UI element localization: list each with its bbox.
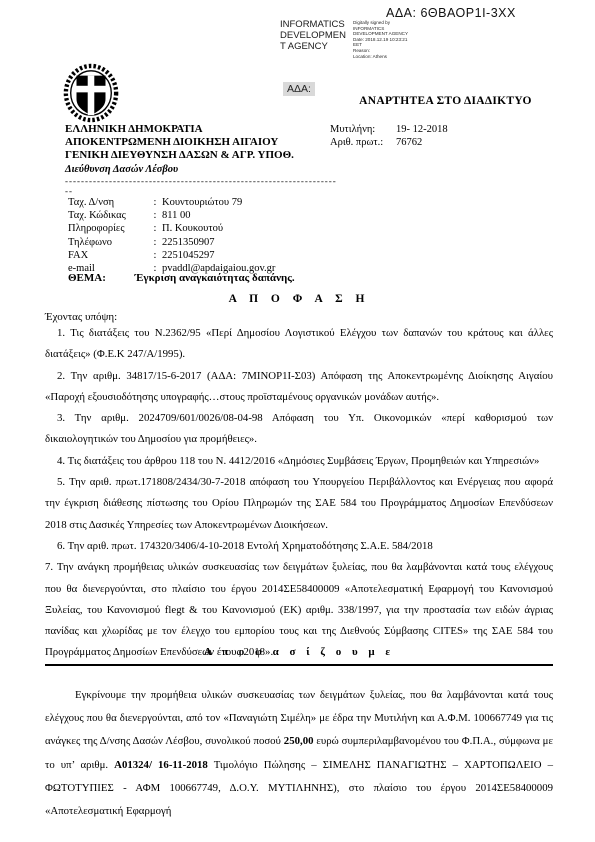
colon: : <box>150 249 160 262</box>
decision-heading: Α Π Ο Φ Α Σ Η <box>45 293 553 305</box>
contact-row-phone: Τηλέφωνο : 2251350907 <box>68 236 275 249</box>
contact-label: Τηλέφωνο <box>68 236 150 249</box>
decision-item-4: 4. Τις διατάξεις του άρθρου 118 του Ν. 4… <box>45 451 553 472</box>
signature-details: Digitally signed by INFORMATICS DEVELOPM… <box>353 19 408 59</box>
org-line-republic: ΕΛΛΗΝΙΚΗ ΔΗΜΟΚΡΑΤΙΑ <box>65 123 340 136</box>
contact-value: 2251350907 <box>160 236 215 249</box>
having-regard-label: Έχοντας υπόψη: <box>45 311 117 323</box>
separator-dashes: ----------------------------------------… <box>65 176 340 186</box>
colon: : <box>150 196 160 209</box>
closing-amount: 250,00 <box>284 735 314 747</box>
protocol-value: 76762 <box>392 136 422 149</box>
horizontal-rule <box>45 664 553 666</box>
contact-label: Πληροφορίες <box>68 222 150 235</box>
separator-dashes-2: -- <box>65 186 340 196</box>
place-label: Μυτιλήνη: <box>330 123 392 136</box>
contact-row-address: Ταχ. Δ/νση : Κουντουριώτου 79 <box>68 196 275 209</box>
decision-item-2: 2. Την αριθμ. 34817/15-6-2017 (ΑΔΑ: 7ΜΙΝ… <box>45 366 553 409</box>
subject-line: ΘΕΜΑ: Έγκριση αναγκαιότητας δαπάνης. <box>68 272 548 284</box>
decision-item-5: 5. Την αριθ. πρωτ.171808/2434/30-7-2018 … <box>45 472 553 536</box>
contact-value: Π. Κουκουτού <box>160 222 223 235</box>
contact-label: Ταχ. Κώδικας <box>68 209 150 222</box>
decide-heading: Α π ο φ α σ ί ζ ο υ μ ε <box>45 646 553 658</box>
contact-value: Κουντουριώτου 79 <box>160 196 242 209</box>
document-page: ΑΔΑ: 6ΘΒΑΟΡ1Ι-3ΧΧ INFORMATICS DEVELOPMEN… <box>0 0 595 842</box>
contact-row-postcode: Ταχ. Κώδικας : 811 00 <box>68 209 275 222</box>
date-protocol-block: Μυτιλήνη: 19- 12-2018 Αριθ. πρωτ.: 76762 <box>330 123 448 149</box>
contact-label: Ταχ. Δ/νση <box>68 196 150 209</box>
protocol-row: Αριθ. πρωτ.: 76762 <box>330 136 448 149</box>
subject-text: Έγκριση αναγκαιότητας δαπάνης. <box>109 272 295 284</box>
decision-item-6: 6. Την αριθ. πρωτ. 174320/3406/4-10-2018… <box>45 536 553 557</box>
org-line-directorate: ΓΕΝΙΚΗ ΔΙΕΥΘΥΝΣΗ ΔΑΣΩΝ & ΑΓΡ. ΥΠΟΘ. <box>65 149 340 162</box>
division-name: Διεύθυνση Δασών Λέσβου <box>65 163 340 176</box>
decision-item-3: 3. Την αριθμ. 2024709/601/0026/08-04-98 … <box>45 408 553 451</box>
contact-value: 2251045297 <box>160 249 215 262</box>
colon: : <box>150 222 160 235</box>
colon: : <box>150 209 160 222</box>
contact-block: Ταχ. Δ/νση : Κουντουριώτου 79 Ταχ. Κώδικ… <box>68 196 275 275</box>
org-line-administration: ΑΠΟΚΕΝΤΡΩΜΕΝΗ ΔΙΟΙΚΗΣΗ ΑΙΓΑΙΟΥ <box>65 136 340 149</box>
decision-item-1: 1. Τις διατάξεις του Ν.2362/95 «Περί Δημ… <box>45 323 553 366</box>
greek-coat-of-arms-icon <box>62 63 120 125</box>
contact-row-information: Πληροφορίες : Π. Κουκουτού <box>68 222 275 235</box>
place-date-row: Μυτιλήνη: 19- 12-2018 <box>330 123 448 136</box>
contact-label: FAX <box>68 249 150 262</box>
closing-paragraph: Εγκρίνουμε την προμήθεια υλικών συσκευασ… <box>45 684 553 823</box>
date-value: 19- 12-2018 <box>392 123 448 136</box>
organization-block: ΕΛΛΗΝΙΚΗ ΔΗΜΟΚΡΑΤΙΑ ΑΠΟΚΕΝΤΡΩΜΕΝΗ ΔΙΟΙΚΗ… <box>65 123 340 196</box>
ada-highlight-label: ΑΔΑ: <box>283 82 315 96</box>
subject-label: ΘΕΜΑ: <box>68 272 106 284</box>
closing-invoice: Α01324/ 16-11-2018 <box>114 759 208 771</box>
signature-agency-name: INFORMATICS DEVELOPMEN T AGENCY <box>280 19 346 59</box>
protocol-label: Αριθ. πρωτ.: <box>330 136 392 149</box>
contact-row-fax: FAX : 2251045297 <box>68 249 275 262</box>
digital-signature-stamp: INFORMATICS DEVELOPMEN T AGENCY Digitall… <box>280 19 408 59</box>
publish-notice: ΑΝΑΡΤΗΤΕΑ ΣΤΟ ΔΙΑΔΙΚΤΥΟ <box>328 95 563 107</box>
ada-code-top: ΑΔΑ: 6ΘΒΑΟΡ1Ι-3ΧΧ <box>386 6 516 20</box>
decision-items: 1. Τις διατάξεις του Ν.2362/95 «Περί Δημ… <box>45 323 553 664</box>
contact-value: 811 00 <box>160 209 191 222</box>
colon: : <box>150 236 160 249</box>
